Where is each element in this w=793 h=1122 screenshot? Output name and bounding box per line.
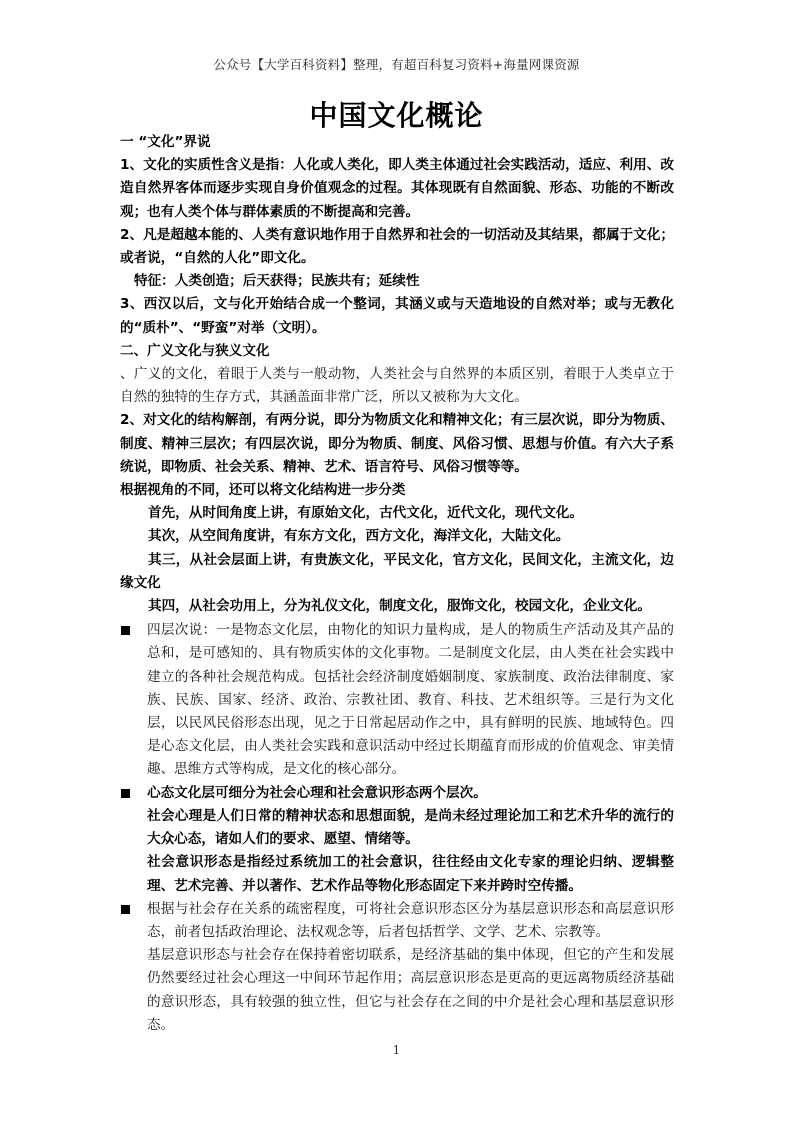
page-number: 1 [0,1043,793,1057]
bullet-text: 心态文化层可细分为社会心理和社会意识形态两个层次。 [147,782,674,805]
paragraph: 、广义的文化，着眼于人类与一般动物，人类社会与自然界的本质区别，着眼于人类卓立于… [120,363,674,409]
classification-time: 首先，从时间角度上讲，有原始文化，古代文化，近代文化，现代文化。 [120,502,674,525]
classification-function: 其四，从社会功用上，分为礼仪文化，制度文化，服饰文化，校园文化，企业文化。 [120,595,674,618]
section-1-heading: 一 “文化”界说 [120,131,674,154]
document-body: 一 “文化”界说 1、文化的实质性含义是指：人化或人类化，即人类主体通过社会实践… [120,131,674,1037]
section-2-heading: 二、广义文化与狭义文化 [120,340,674,363]
document-title: 中国文化概论 [0,94,793,134]
classification-social: 其三，从社会层面上讲，有贵族文化，平民文化，官方文化，民间文化，主流文化，边缘文… [120,549,674,595]
paragraph: 2、对文化的结构解剖，有两分说，即分为物质文化和精神文化；有三层次说，即分为物质… [120,409,674,479]
bullet-subtext: 社会心理是人们日常的精神状态和思想面貌，是尚未经过理论加工和艺术升华的流行的大众… [147,805,674,851]
bullet-text: 四层次说：一是物态文化层，由物化的知识力量构成，是人的物质生产活动及其产品的总和… [147,619,674,781]
paragraph: 2、凡是超越本能的、人类有意识地作用于自然界和社会的一切活动及其结果，都属于文化… [120,224,674,270]
bullet-subtext: 基层意识形态与社会存在保持着密切联系，是经济基础的集中体现，但它的产生和发展仍然… [147,944,674,1037]
classification-social-text: 其三，从社会层面上讲，有贵族文化，平民文化，官方文化，民间文化，主流文化，边缘文… [120,552,674,591]
square-bullet-icon [121,905,130,914]
bullet-item: 根据与社会存在关系的疏密程度，可将社会意识形态区分为基层意识形态和高层意识形态，… [120,898,674,1037]
features-line: 特征：人类创造；后天获得；民族共有；延续性 [120,270,674,293]
classification-space: 其次，从空间角度讲，有东方文化，西方文化，海洋文化，大陆文化。 [120,525,674,548]
bullet-subtext: 社会意识形态是指经过系统加工的社会意识，往往经由文化专家的理论归纳、逻辑整理、艺… [147,851,674,897]
square-bullet-icon [121,789,130,798]
paragraph: 3、西汉以后，文与化开始结合成一个整词，其涵义或与天造地设的自然对举；或与无教化… [120,293,674,339]
page-header-note: 公众号【大学百科资料】整理，有超百科复习资料+海量网课资源 [0,55,793,73]
bullet-text: 根据与社会存在关系的疏密程度，可将社会意识形态区分为基层意识形态和高层意识形态，… [147,898,674,944]
bullet-item: 心态文化层可细分为社会心理和社会意识形态两个层次。 社会心理是人们日常的精神状态… [120,782,674,898]
square-bullet-icon [121,626,130,635]
bullet-item: 四层次说：一是物态文化层，由物化的知识力量构成，是人的物质生产活动及其产品的总和… [120,619,674,781]
paragraph: 1、文化的实质性含义是指：人化或人类化，即人类主体通过社会实践活动，适应、利用、… [120,154,674,224]
paragraph: 根据视角的不同，还可以将文化结构进一步分类 [120,479,674,502]
